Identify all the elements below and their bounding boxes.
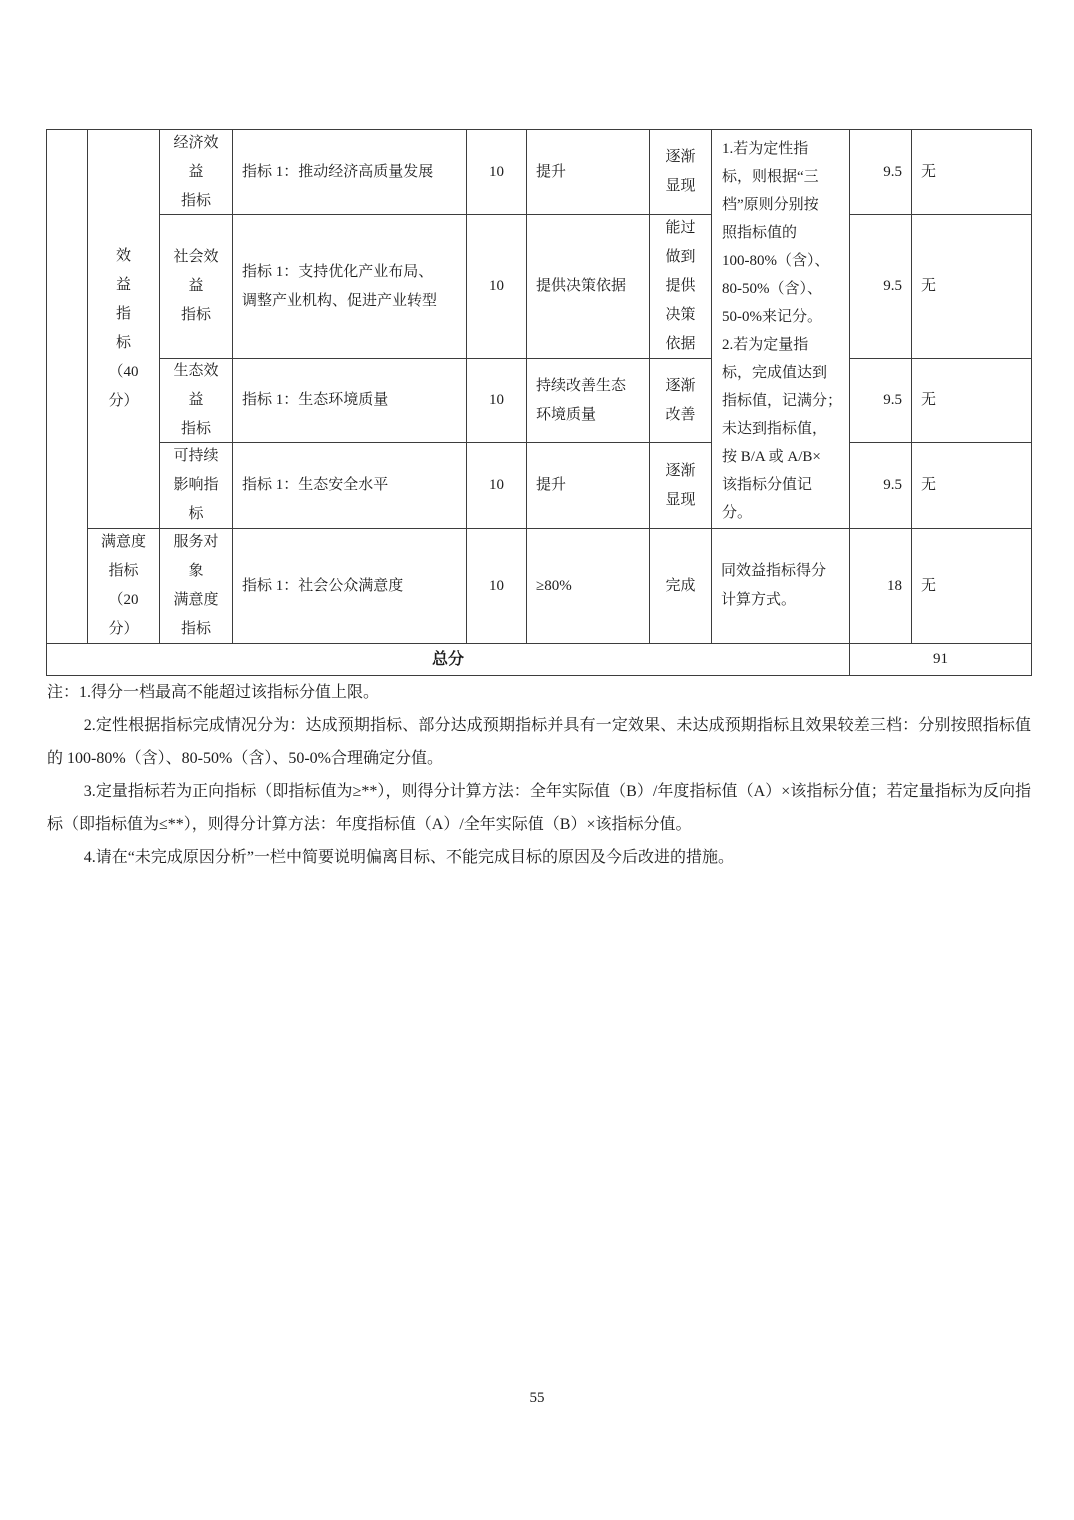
cell-target: 提供决策依据 [527, 215, 650, 359]
cell-total-label: 总分 [47, 644, 850, 675]
document-page: 效 益 指 标 （40 分） 1.若为定性指 标，则根据“三 档”原则分别按 照… [0, 0, 1074, 1520]
cell-completion: 能过 做到 提供 决策 依据 [650, 215, 712, 359]
cell-category-satisfaction: 满意度 指标 （20 分） [88, 529, 160, 644]
note-line: 注：1.得分一档最高不能超过该指标分值上限。 [47, 676, 1031, 709]
cell-completion: 完成 [650, 529, 712, 644]
cell-indicator: 指标 1：推动经济高质量发展 [233, 130, 467, 215]
cell-subcategory: 可持续 影响指 标 [160, 443, 233, 529]
cell-category-benefit: 效 益 指 标 （40 分） [88, 130, 160, 529]
cell-reason: 无 [912, 529, 1031, 644]
cell-weight: 10 [467, 529, 527, 644]
cell-left-spacer [47, 130, 88, 644]
cell-subcategory: 经济效 益 指标 [160, 130, 233, 215]
cell-weight: 10 [467, 130, 527, 215]
cell-indicator: 指标 1：社会公众满意度 [233, 529, 467, 644]
page-number: 55 [0, 1390, 1074, 1407]
cell-subcategory: 社会效 益 指标 [160, 215, 233, 359]
cell-score: 9.5 [850, 215, 912, 359]
cell-reason: 无 [912, 130, 1031, 215]
cell-subcategory: 生态效 益 指标 [160, 359, 233, 443]
cell-target: 提升 [527, 130, 650, 215]
cell-weight: 10 [467, 359, 527, 443]
notes-section: 注：1.得分一档最高不能超过该指标分值上限。 2.定性根据指标完成情况分为：达成… [47, 676, 1031, 874]
cell-score: 9.5 [850, 130, 912, 215]
cell-indicator: 指标 1：支持优化产业布局、 调整产业机构、促进产业转型 [233, 215, 467, 359]
cell-target: 提升 [527, 443, 650, 529]
cell-scoring-rule-satisfaction: 同效益指标得分 计算方式。 [712, 529, 850, 644]
cell-weight: 10 [467, 443, 527, 529]
cell-completion: 逐渐 显现 [650, 443, 712, 529]
cell-target: ≥80% [527, 529, 650, 644]
cell-target: 持续改善生态 环境质量 [527, 359, 650, 443]
cell-indicator: 指标 1：生态安全水平 [233, 443, 467, 529]
cell-reason: 无 [912, 215, 1031, 359]
cell-total-value: 91 [850, 644, 1031, 675]
cell-completion: 逐渐 显现 [650, 130, 712, 215]
cell-weight: 10 [467, 215, 527, 359]
cell-indicator: 指标 1：生态环境质量 [233, 359, 467, 443]
note-line: 2.定性根据指标完成情况分为：达成预期指标、部分达成预期指标并具有一定效果、未达… [47, 709, 1031, 775]
cell-scoring-rule-benefit: 1.若为定性指 标，则根据“三 档”原则分别按 照指标值的 100-80%（含）… [712, 130, 850, 529]
performance-indicator-table: 效 益 指 标 （40 分） 1.若为定性指 标，则根据“三 档”原则分别按 照… [46, 129, 1032, 676]
cell-score: 9.5 [850, 443, 912, 529]
cell-reason: 无 [912, 359, 1031, 443]
note-line: 3.定量指标若为正向指标（即指标值为≥**），则得分计算方法：全年实际值（B）/… [47, 775, 1031, 841]
cell-score: 18 [850, 529, 912, 644]
cell-subcategory: 服务对 象 满意度 指标 [160, 529, 233, 644]
cell-reason: 无 [912, 443, 1031, 529]
cell-score: 9.5 [850, 359, 912, 443]
cell-completion: 逐渐 改善 [650, 359, 712, 443]
note-line: 4.请在“未完成原因分析”一栏中简要说明偏离目标、不能完成目标的原因及今后改进的… [47, 841, 1031, 874]
